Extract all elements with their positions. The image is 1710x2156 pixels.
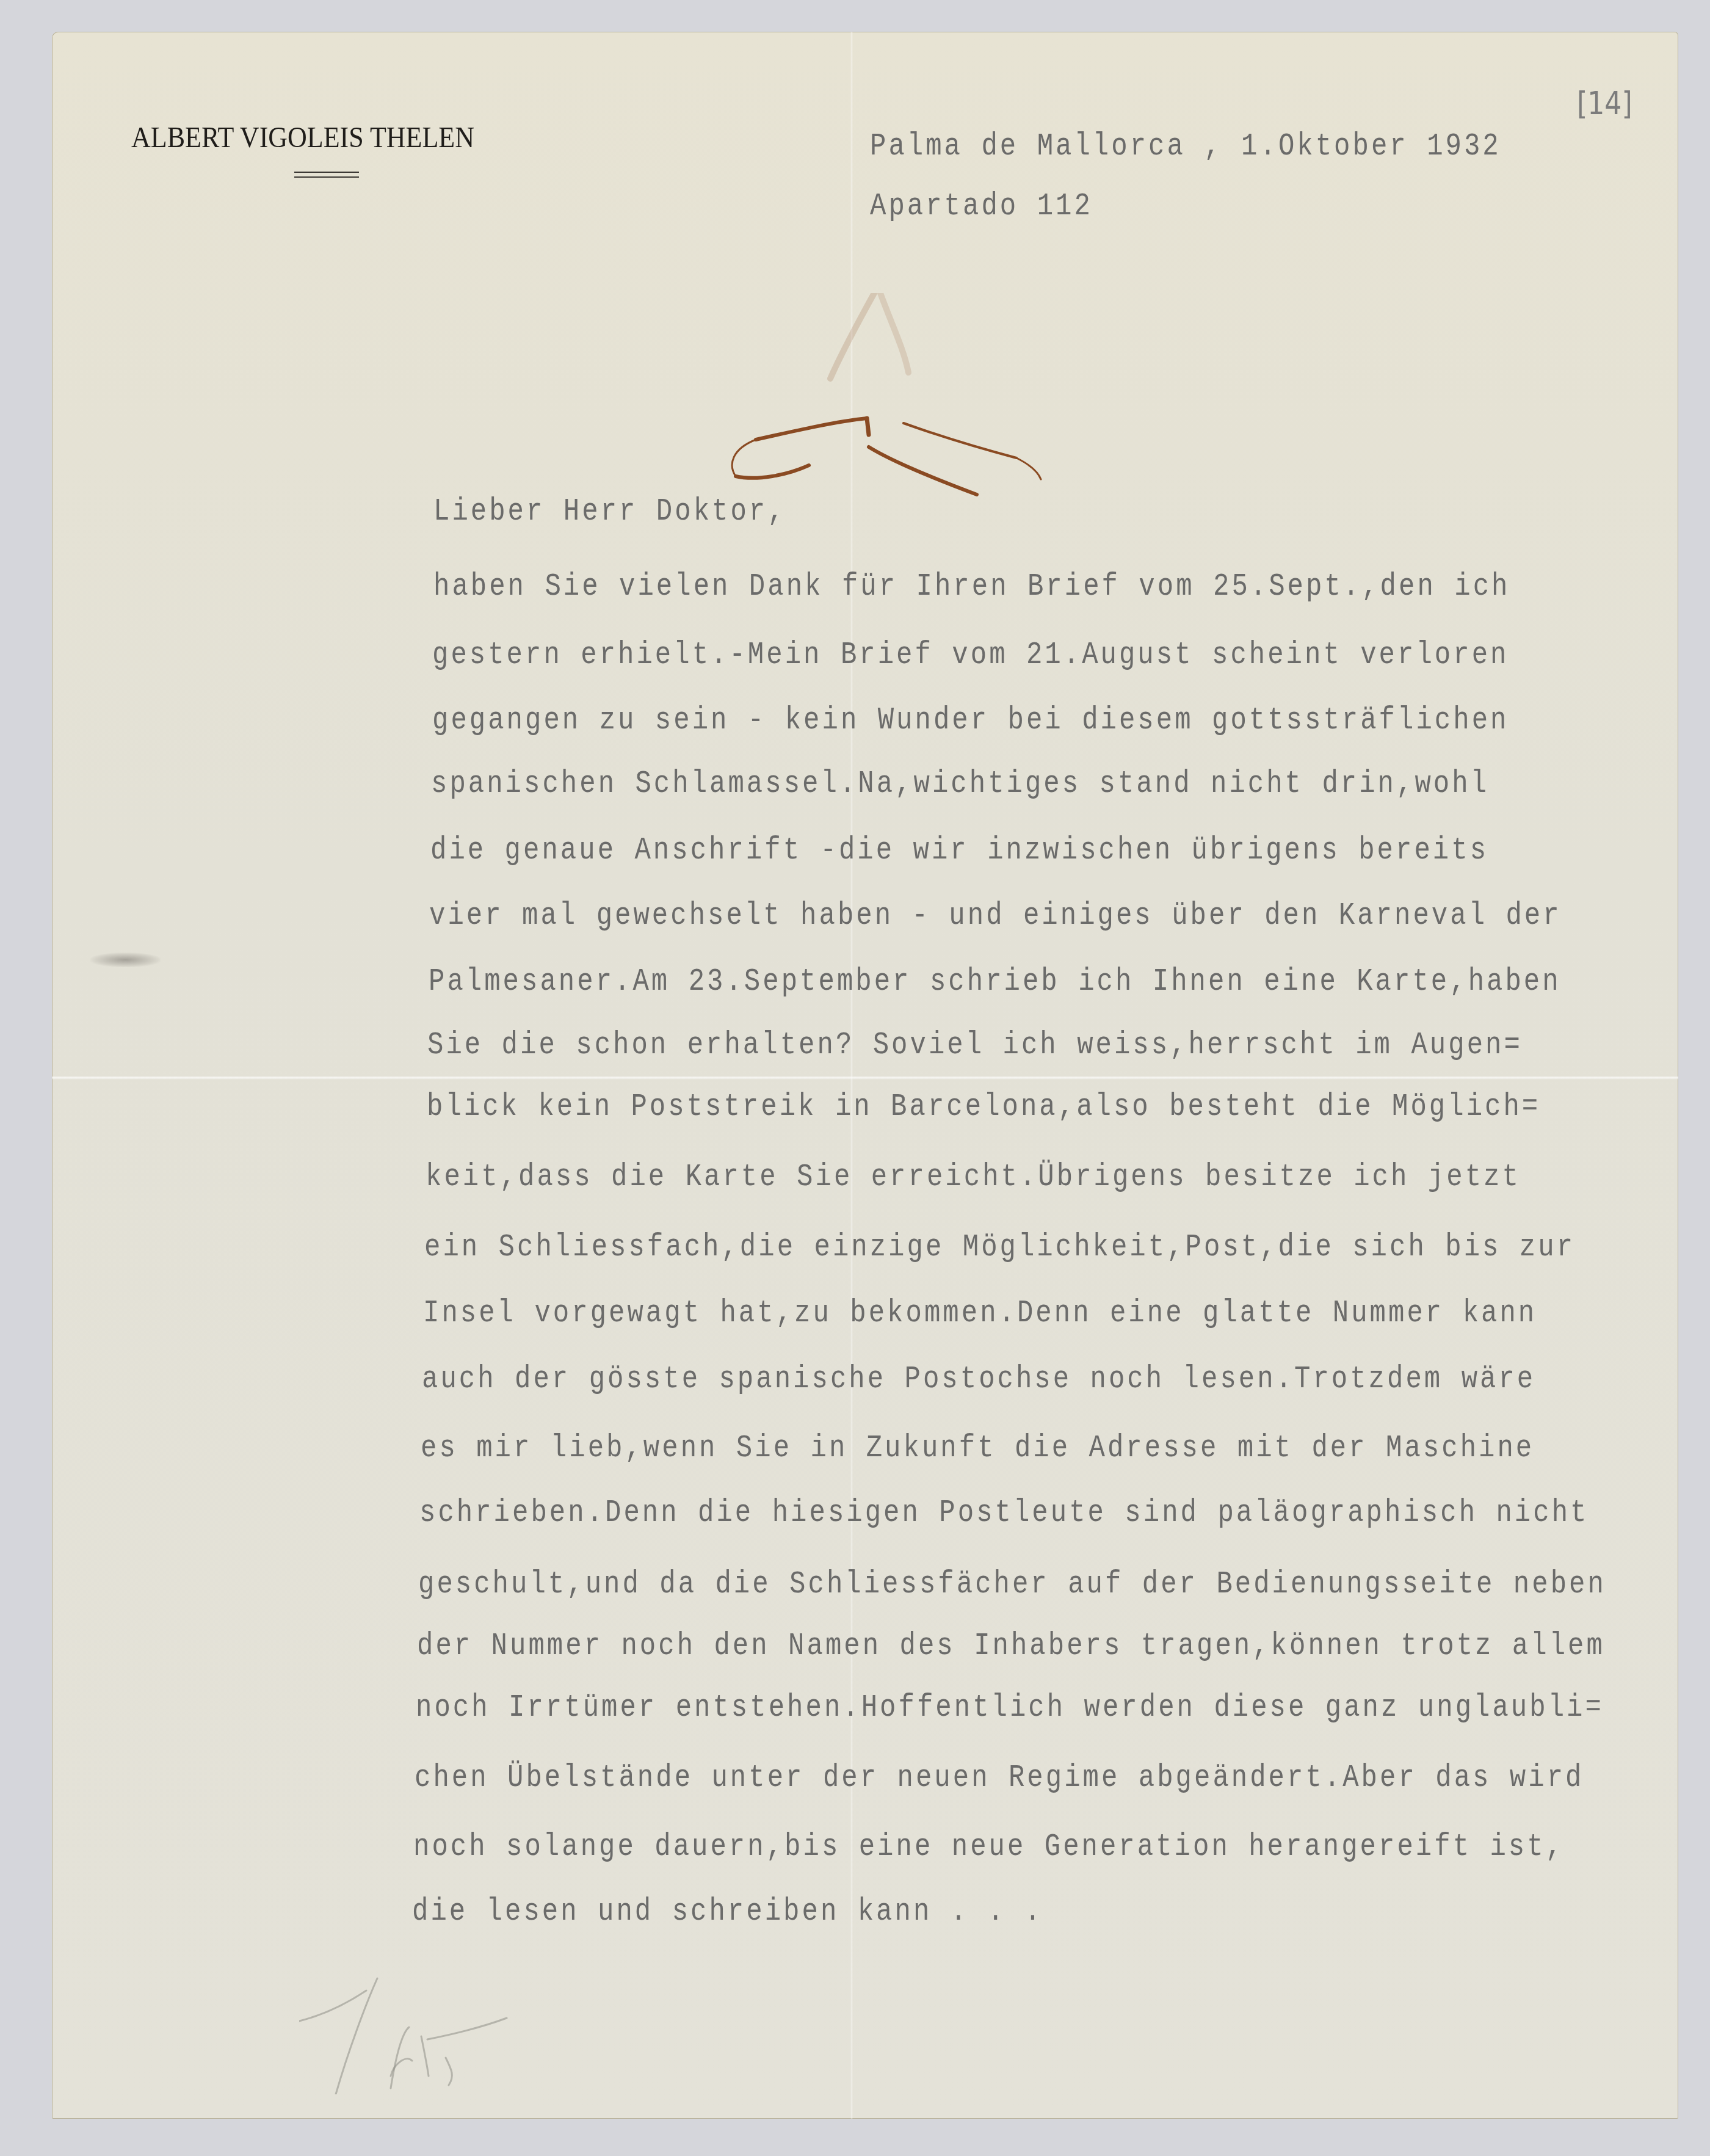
body-line: die lesen und schreiben kann . . .: [412, 1896, 1043, 1928]
place-date-line: Palma de Mallorca , 1.Oktober 1932: [870, 131, 1501, 162]
body-line: es mir lieb,wenn Sie in Zukunft die Adre…: [421, 1432, 1534, 1464]
salutation: Lieber Herr Doktor,: [433, 496, 786, 528]
body-line: geschult,und da die Schliessfächer auf d…: [418, 1569, 1606, 1600]
body-line: gegangen zu sein - kein Wunder bei diese…: [432, 705, 1509, 736]
body-line: die genaue Anschrift -die wir inzwischen…: [430, 835, 1488, 866]
postal-address: Apartado 112: [870, 191, 1093, 222]
body-line: keit,dass die Karte Sie erreicht.Übrigen…: [426, 1161, 1521, 1193]
body-line: auch der gösste spanische Postochse noch…: [422, 1363, 1535, 1395]
body-line: Palmesaner.Am 23.September schrieb ich I…: [429, 966, 1561, 998]
body-line: vier mal gewechselt haben - und einiges …: [429, 900, 1562, 932]
body-line: Sie die schon erhalten? Soviel ich weiss…: [427, 1029, 1523, 1061]
body-line: blick kein Poststreik in Barcelona,also …: [427, 1091, 1540, 1123]
faint-pencil-signature: [299, 1954, 519, 2094]
letterhead-rule-top: [294, 172, 359, 173]
body-line: schrieben.Denn die hiesigen Postleute si…: [419, 1497, 1589, 1529]
body-line: haben Sie vielen Dank für Ihren Brief vo…: [433, 571, 1510, 603]
body-line: spanischen Schlamassel.Na,wichtiges stan…: [431, 768, 1489, 800]
body-line: noch Irrtümer entstehen.Hoffentlich werd…: [416, 1692, 1604, 1724]
body-line: gestern erhielt.-Mein Brief vom 21.Augus…: [432, 639, 1509, 671]
body-line: Insel vorgewagt hat,zu bekommen.Denn ein…: [423, 1298, 1537, 1329]
body-line: chen Übelstände unter der neuen Regime a…: [415, 1762, 1584, 1794]
letterhead-rule-bottom: [294, 176, 359, 178]
ink-flourish-mark: [684, 293, 1099, 501]
horizontal-fold-crease: [52, 1076, 1678, 1080]
body-line: noch solange dauern,bis eine neue Genera…: [413, 1831, 1564, 1863]
margin-ink-smudge: [90, 953, 161, 967]
archive-page-number: [14]: [1577, 85, 1632, 122]
body-line: ein Schliessfach,die einzige Möglichkeit…: [424, 1232, 1575, 1263]
body-line: der Nummer noch den Namen des Inhabers t…: [417, 1630, 1605, 1662]
letterhead-name: ALBERT VIGOLEIS THELEN: [131, 121, 474, 154]
